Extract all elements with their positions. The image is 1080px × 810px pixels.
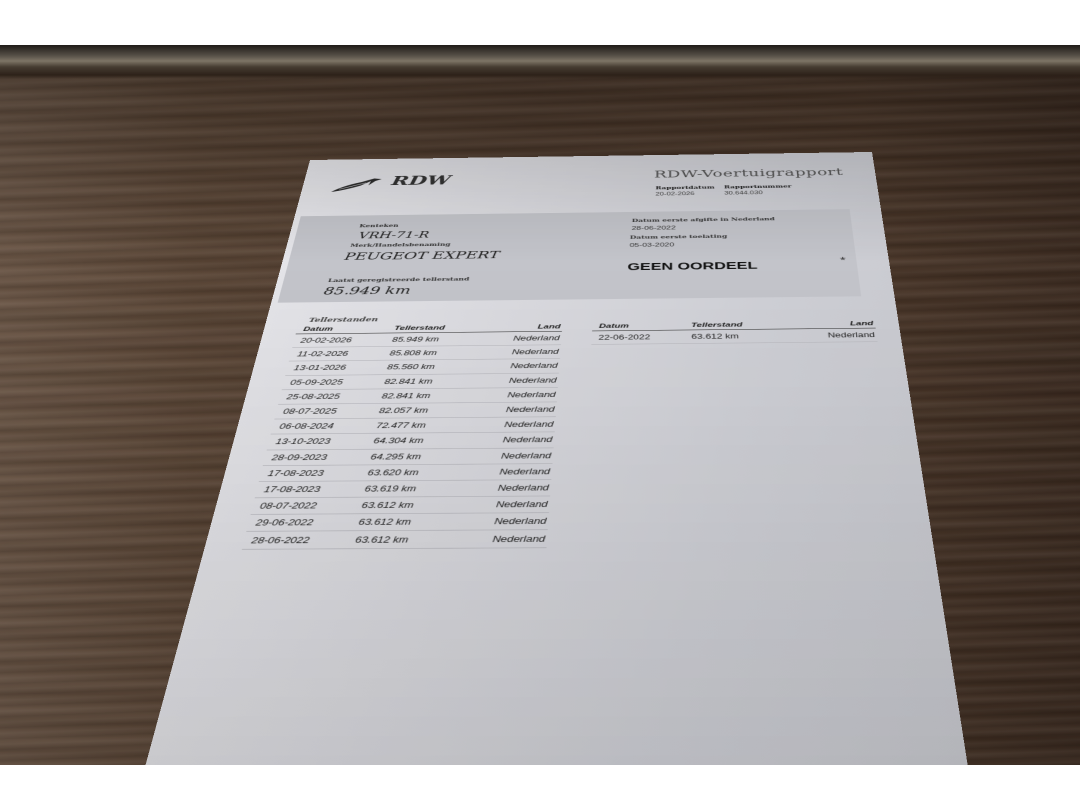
cell-date: 08-07-2025	[275, 407, 380, 416]
cell-odometer: 85.949 km	[392, 335, 510, 344]
table-row: 17-08-202363.620 kmNederland	[259, 464, 553, 482]
cell-odometer: 63.612 km	[354, 534, 488, 544]
cell-date: 17-08-2023	[256, 484, 366, 494]
cell-country: Nederland	[495, 467, 553, 476]
cell-odometer: 63.612 km	[361, 500, 492, 510]
photo-background: RDW RDW-Voertuigrapport Rapportdatum 20-…	[0, 45, 1080, 765]
cell-date: 11-02-2026	[290, 350, 391, 359]
cell-country: Nederland	[491, 500, 550, 510]
cell-odometer: 72.477 km	[376, 421, 501, 430]
cell-date: 20-02-2026	[293, 336, 393, 345]
verdict: GEEN OORDEEL	[627, 260, 757, 273]
first-issue-nl-value: 28-06-2022	[632, 225, 676, 231]
col-date: Datum	[592, 322, 691, 329]
cell-odometer: 64.304 km	[373, 436, 499, 446]
report-title: RDW-Voertuigrapport	[654, 167, 844, 180]
asterisk-note: *	[840, 255, 847, 265]
first-admission-label: Datum eerste toelating	[630, 234, 727, 240]
col-odometer: Tellerstand	[394, 324, 511, 332]
cell-date: 22-06-2022	[592, 333, 692, 342]
cell-date: 28-09-2023	[264, 452, 372, 462]
odometer-table-left: Datum Tellerstand Land 20-02-202685.949 …	[242, 324, 563, 550]
cell-odometer: 64.295 km	[370, 451, 498, 461]
table-row: 29-06-202263.612 kmNederland	[246, 513, 549, 532]
col-country: Land	[510, 324, 562, 331]
cell-odometer: 63.619 km	[364, 484, 494, 494]
odometer-table-right: Datum Tellerstand Land 22-06-202263.612 …	[591, 320, 877, 345]
col-odometer: Tellerstand	[691, 321, 809, 329]
cell-date: 13-01-2026	[286, 363, 388, 372]
rdw-logo-icon	[329, 176, 385, 194]
report-date-value: 20-02-2026	[655, 191, 714, 197]
vehicle-summary-box: Kenteken VRH-71-R Merk/Handelsbenaming P…	[278, 209, 862, 303]
cell-odometer: 82.841 km	[384, 376, 506, 385]
cell-date: 08-07-2022	[251, 501, 362, 511]
table-row: 08-07-202263.612 kmNederland	[250, 496, 550, 515]
cell-country: Nederland	[493, 483, 551, 493]
cell-country: Nederland	[500, 420, 556, 429]
odometer-value: 85.949 km	[323, 284, 412, 297]
cell-country: Nederland	[496, 451, 553, 460]
report-number: Rapportnummer 30.644.030	[724, 184, 792, 196]
cell-date: 13-10-2023	[268, 437, 375, 446]
cell-odometer: 63.620 km	[367, 467, 496, 477]
table-row: 17-08-202363.619 kmNederland	[255, 480, 552, 498]
first-issue-nl-label: Datum eerste afgifte in Nederland	[632, 217, 775, 224]
cell-odometer: 63.612 km	[358, 517, 491, 527]
cell-country: Nederland	[506, 362, 560, 370]
report-number-label: Rapportnummer	[724, 184, 792, 190]
rdw-report-paper: RDW RDW-Voertuigrapport Rapportdatum 20-…	[145, 152, 968, 765]
cell-odometer: 85.560 km	[386, 362, 506, 371]
odometer-label: Laatst geregistreerde tellerstand	[327, 276, 469, 283]
cell-date: 28-06-2022	[243, 535, 356, 545]
brand-name: RDW	[390, 173, 452, 188]
report-number-value: 30.644.030	[724, 190, 792, 196]
cell-country: Nederland	[810, 331, 877, 339]
plate-label: Kenteken	[359, 223, 399, 229]
cell-country: Nederland	[504, 376, 558, 384]
cell-country: Nederland	[503, 390, 558, 399]
odometer-history-title: Tellerstanden	[308, 316, 379, 324]
col-country: Land	[809, 320, 876, 327]
cell-country: Nederland	[509, 334, 562, 342]
cell-odometer: 82.841 km	[381, 391, 504, 400]
report-date-label: Rapportdatum	[655, 185, 714, 191]
cell-date: 25-08-2025	[279, 392, 383, 401]
cell-country: Nederland	[507, 348, 560, 356]
first-admission-value: 05-03-2020	[630, 242, 675, 248]
table-row: 22-06-202263.612 kmNederland	[591, 328, 877, 345]
cell-odometer: 63.612 km	[691, 332, 810, 341]
col-date: Datum	[296, 325, 395, 332]
cell-country: Nederland	[498, 435, 554, 444]
cell-odometer: 82.057 km	[378, 406, 502, 415]
cell-country: Nederland	[501, 405, 556, 414]
cell-country: Nederland	[488, 534, 548, 544]
cell-country: Nederland	[489, 517, 548, 527]
cell-date: 06-08-2024	[271, 422, 377, 431]
cell-odometer: 85.808 km	[389, 348, 508, 357]
cell-date: 29-06-2022	[247, 518, 359, 528]
table-row: 28-06-202263.612 kmNederland	[242, 530, 548, 549]
cell-date: 17-08-2023	[260, 468, 369, 478]
make-label: Merk/Handelsbenaming	[350, 242, 451, 248]
make-value: PEUGEOT EXPERT	[343, 249, 500, 262]
plate-value: VRH-71-R	[358, 230, 430, 241]
cell-date: 05-09-2025	[283, 378, 386, 387]
report-date: Rapportdatum 20-02-2026	[655, 185, 714, 197]
